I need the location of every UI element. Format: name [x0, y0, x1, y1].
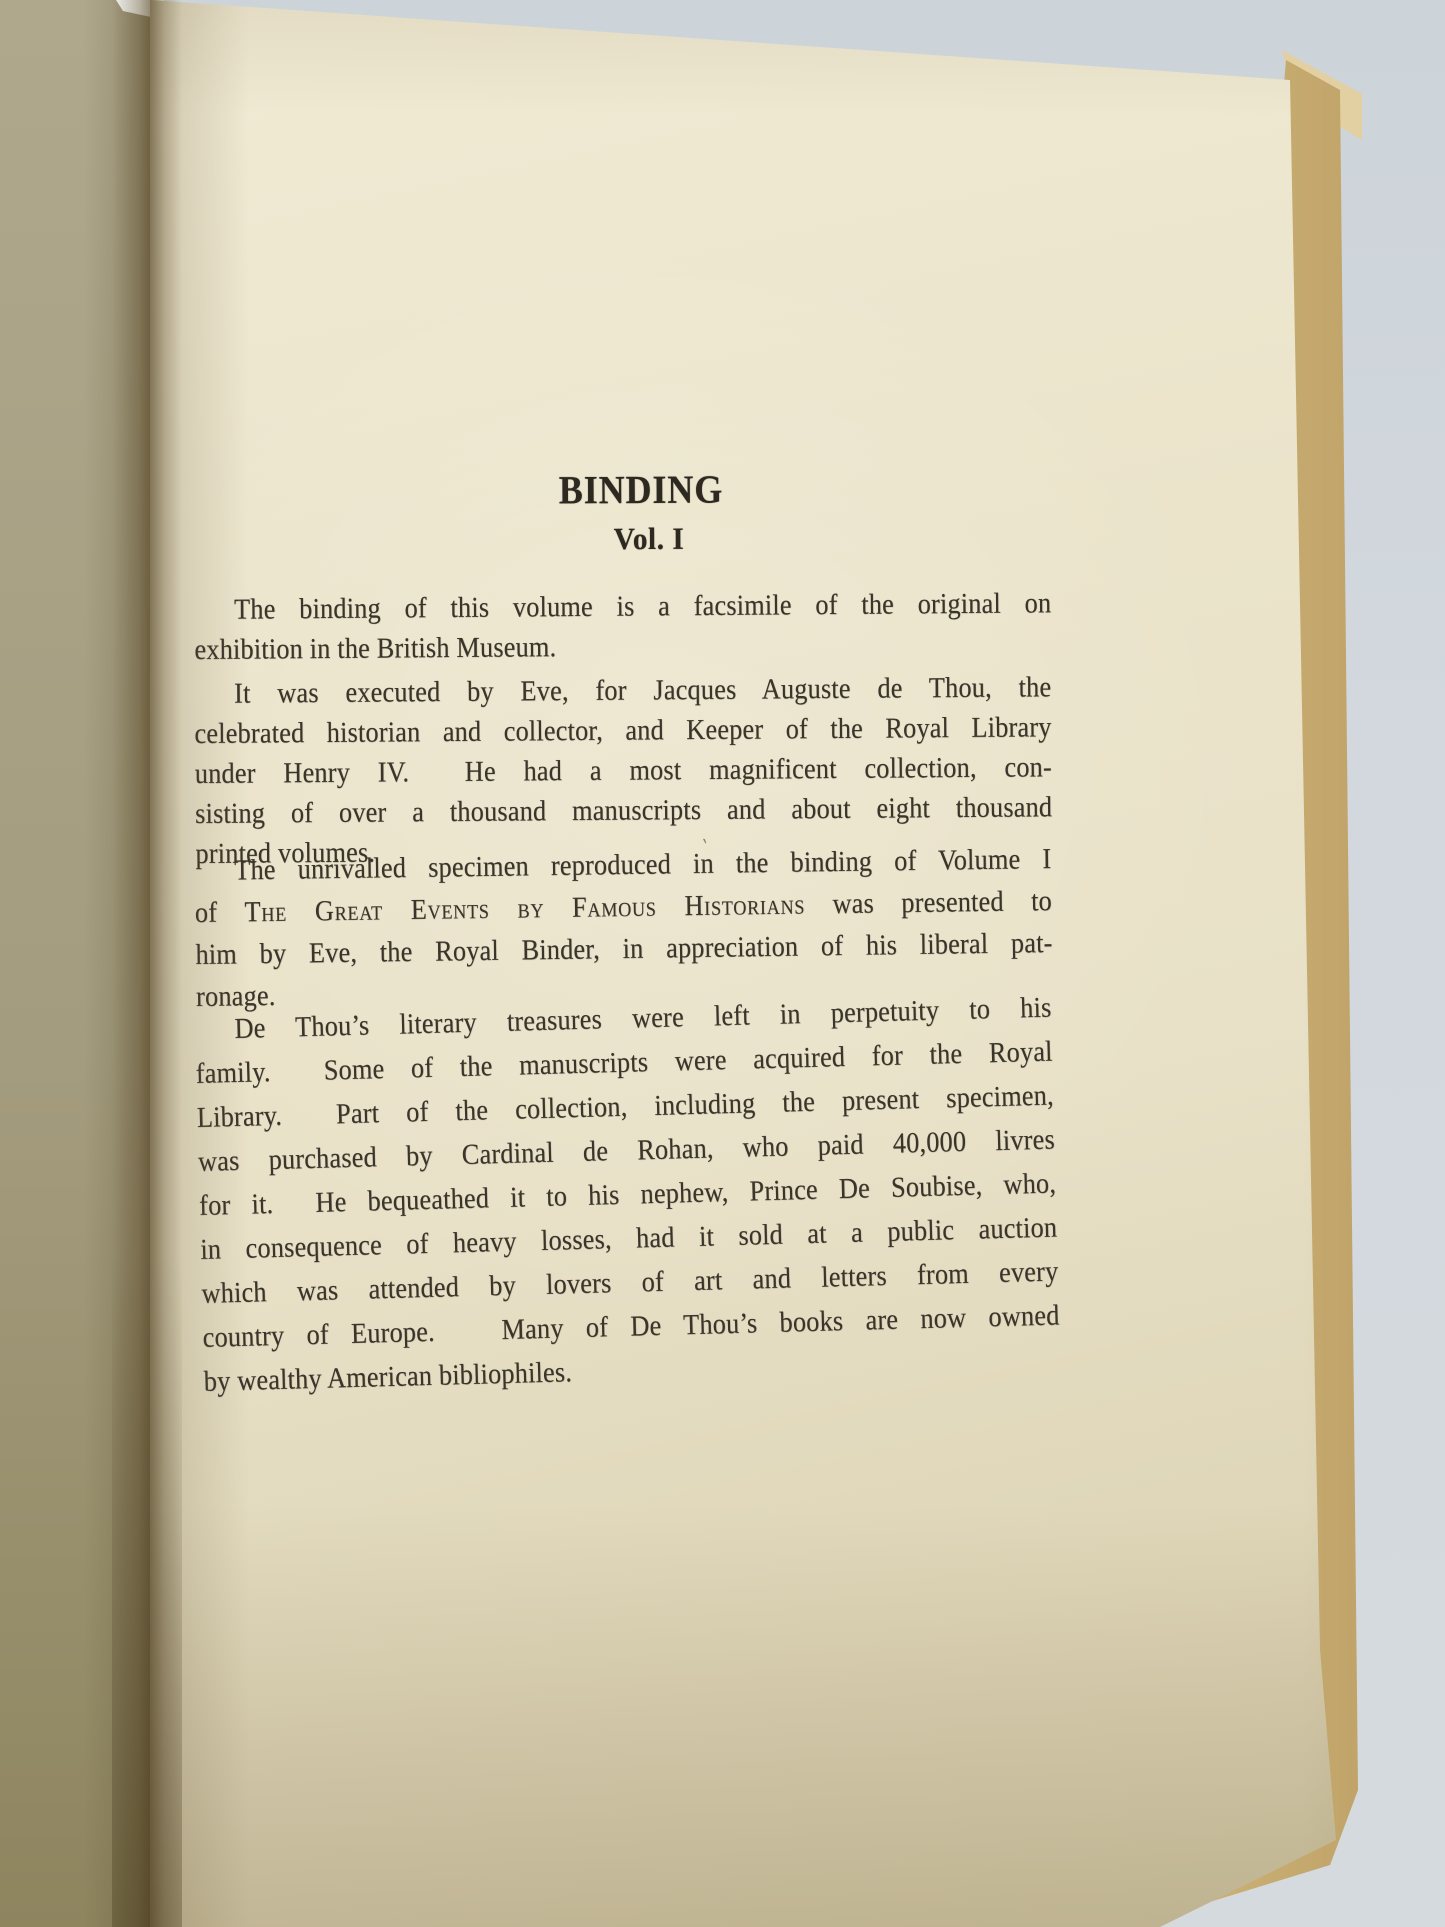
page-text: The binding of this volume is a facsimil… — [0, 0, 1445, 1927]
text-segment: celebrated historian and collector, and … — [194, 711, 1051, 750]
text-line: exhibition in the British Museum. — [194, 623, 1051, 670]
text-segment: It was executed by Eve, for Jacques Augu… — [234, 671, 1051, 709]
left-page-edge — [0, 0, 152, 1927]
text-line: sisting of over a thousand manuscripts a… — [195, 787, 1052, 834]
text-segment: The binding of this volume is a facsimil… — [234, 587, 1051, 625]
book-photograph: BINDING Vol. I The binding of this volum… — [0, 0, 1445, 1927]
text-segment: exhibition in the British Museum. — [194, 631, 556, 666]
text-segment: him by Eve, the Royal Binder, in appreci… — [195, 927, 1052, 971]
text-line: under Henry IV. He had a most magnificen… — [195, 747, 1052, 794]
text-segment: under Henry IV. He had a most magnificen… — [195, 751, 1052, 790]
book-page: BINDING Vol. I The binding of this volum… — [0, 0, 1445, 1927]
text-segment: sisting of over a thousand manuscripts a… — [195, 791, 1052, 830]
text-line: The binding of this volume is a facsimil… — [194, 583, 1051, 630]
paragraph: De Thou’s literary treasures were left i… — [194, 986, 1061, 1404]
small-caps-text: The Great Events by Famous Historians — [244, 888, 805, 928]
text-segment: of — [195, 896, 245, 929]
text-segment: was presented to — [805, 885, 1052, 920]
text-line: celebrated historian and collector, and … — [194, 707, 1051, 754]
paragraph: The binding of this volume is a facsimil… — [194, 583, 1052, 670]
text-segment: by wealthy American bibliophiles. — [203, 1356, 572, 1398]
text-line: It was executed by Eve, for Jacques Augu… — [194, 667, 1051, 714]
text-segment: The unrivalled specimen reproduced in th… — [234, 843, 1052, 886]
